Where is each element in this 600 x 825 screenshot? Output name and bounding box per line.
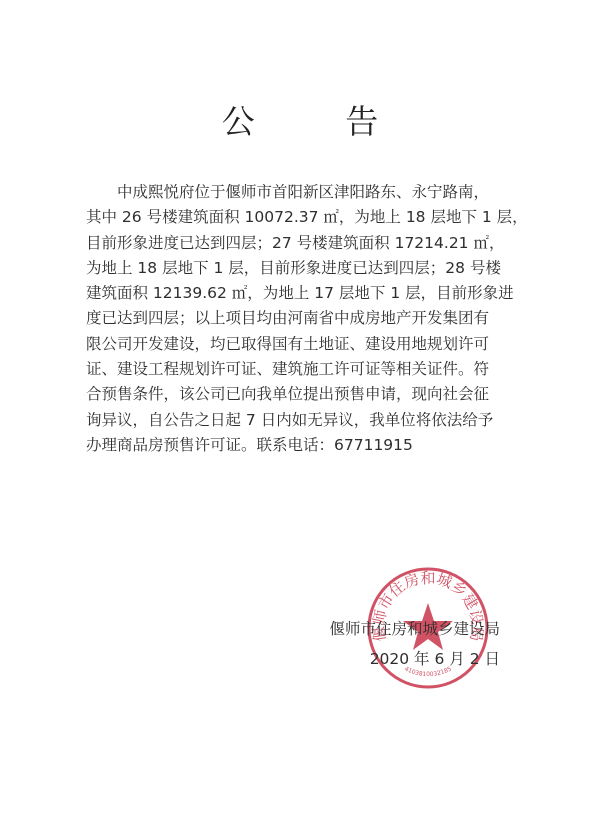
body-line: 办理商品房预售许可证。联系电话：67711915 <box>86 433 516 458</box>
body-line: 为地上 18 层地下 1 层，目前形象进度已达到四层；28 号楼 <box>86 256 516 281</box>
body-line: 证、建设工程规划许可证、建筑施工许可证等相关证件。符 <box>86 357 516 382</box>
body-line: 度已达到四层；以上项目均由河南省中成房地产开发集团有 <box>86 306 516 331</box>
body-line: 中成熙悦府位于偃师市首阳新区津阳路东、永宁路南， <box>86 180 516 205</box>
body-line: 其中 26 号楼建筑面积 10072.37 ㎡，为地上 18 层地下 1 层， <box>86 205 516 230</box>
body-line: 建筑面积 12139.62 ㎡，为地上 17 层地下 1 层，目前形象进 <box>86 281 516 306</box>
body-line: 目前形象进度已达到四层；27 号楼建筑面积 17214.21 ㎡， <box>86 231 516 256</box>
issue-date: 2020 年 6 月 2 日 <box>320 647 500 669</box>
body-line: 限公司开发建设，均已取得国有土地证、建设用地规划许可 <box>86 332 516 357</box>
page-title: 公 告 <box>0 96 600 143</box>
body-line: 合预售条件，该公司已向我单位提出预售申请，现向社会征 <box>86 382 516 407</box>
body-line: 询异议，自公告之日起 7 日内如无异议，我单位将依法给予 <box>86 408 516 433</box>
announcement-body: 中成熙悦府位于偃师市首阳新区津阳路东、永宁路南， 其中 26 号楼建筑面积 10… <box>86 180 516 458</box>
issuing-organization: 偃师市住房和城乡建设局 <box>320 617 500 639</box>
